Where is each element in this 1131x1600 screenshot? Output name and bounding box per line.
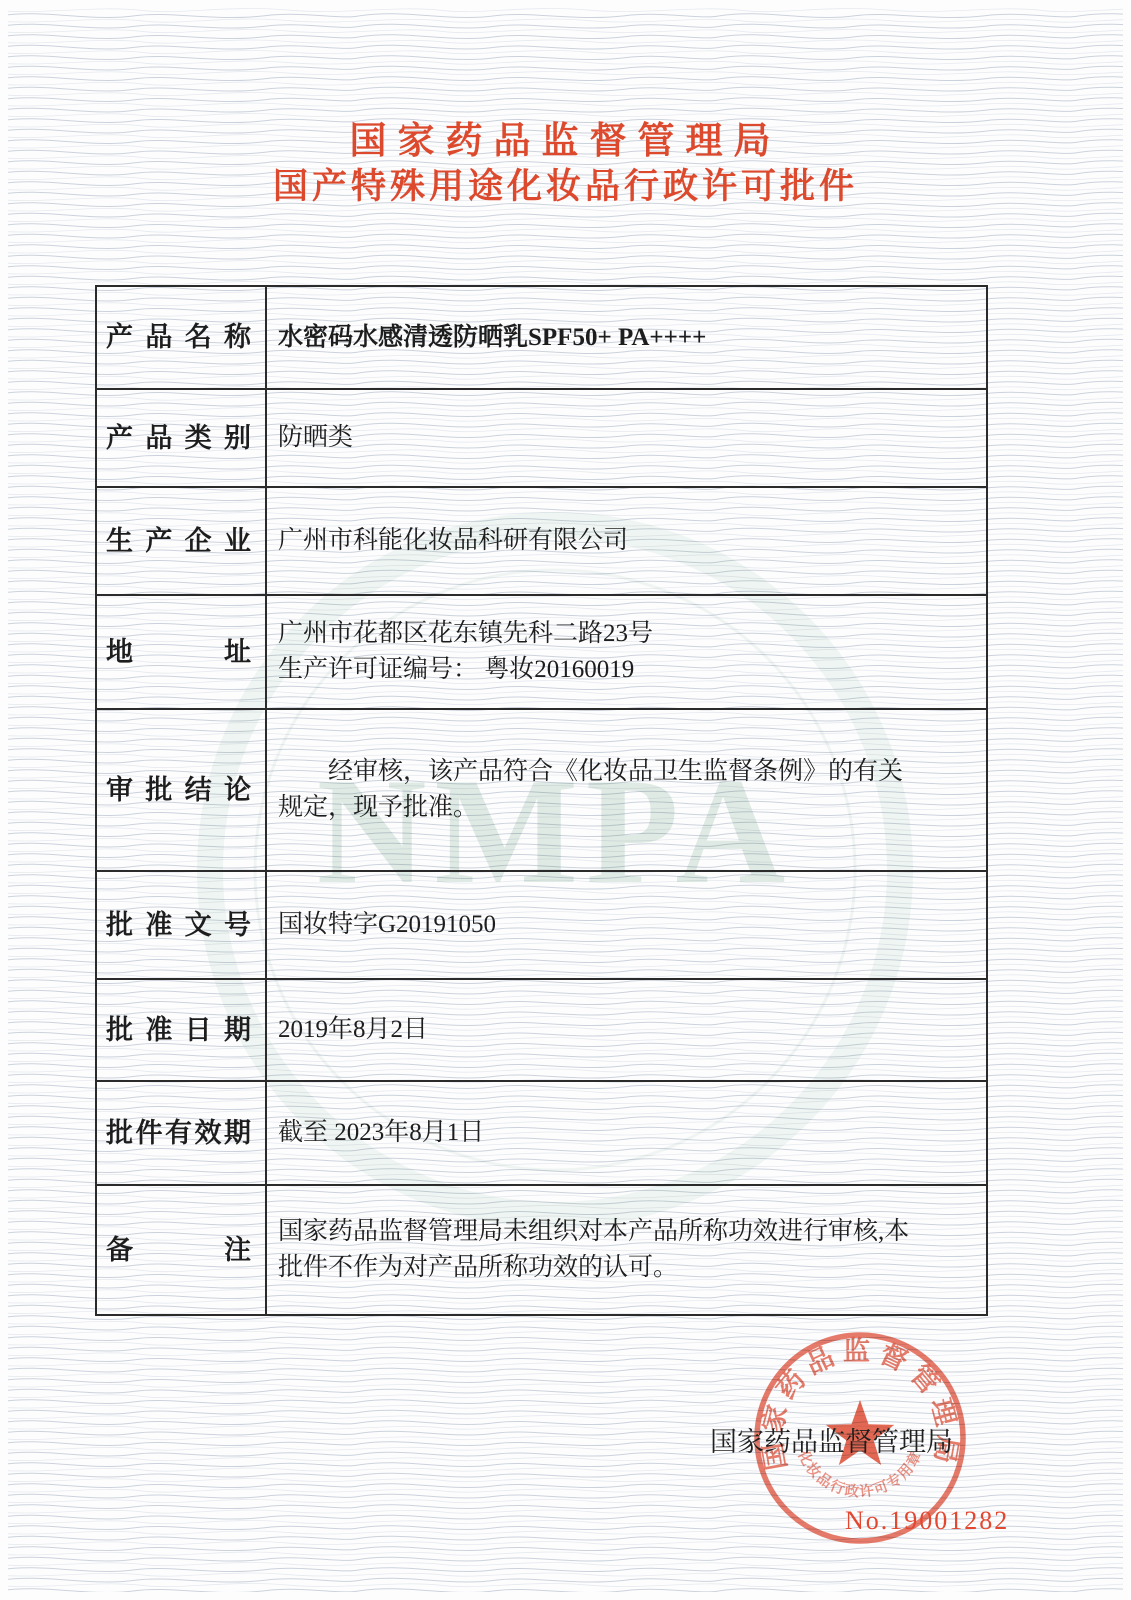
row-label: 审批结论	[97, 777, 265, 804]
table-row-approval-date: 批准日期 2019年8月2日	[97, 980, 986, 1082]
label-approval-date: 批准日期	[97, 980, 267, 1080]
address-line2: 生产许可证编号： 粤妆20160019	[278, 652, 978, 688]
row-label: 产品名称	[97, 324, 265, 351]
value-approval-date: 2019年8月2日	[267, 980, 986, 1080]
product-name-text: 水密码水感清透防晒乳SPF50+ PA++++	[278, 320, 978, 356]
value-approval-number: 国妆特字G20191050	[267, 872, 986, 978]
validity-text: 截至 2023年8月1日	[278, 1115, 978, 1151]
table-row-approval-number: 批准文号 国妆特字G20191050	[97, 872, 986, 980]
certificate-table: 产品名称 水密码水感清透防晒乳SPF50+ PA++++ 产品类别 防晒类 生产…	[95, 285, 988, 1316]
certificate-page: NMPA 国家药品监督管理局 国产特殊用途化妆品行政许可批件 产品名称 水密码水…	[0, 0, 1131, 1600]
value-product-name: 水密码水感清透防晒乳SPF50+ PA++++	[267, 287, 986, 388]
value-product-category: 防晒类	[267, 390, 986, 486]
table-row-validity: 批件有效期 截至 2023年8月1日	[97, 1082, 986, 1186]
value-manufacturer: 广州市科能化妆品科研有限公司	[267, 488, 986, 594]
row-label: 地址	[97, 639, 265, 666]
certificate-title: 国产特殊用途化妆品行政许可批件	[0, 159, 1131, 209]
agency-title: 国家药品监督管理局	[0, 110, 1131, 164]
remarks-line2: 批件不作为对产品所称功效的认可。	[278, 1250, 978, 1286]
label-validity: 批件有效期	[97, 1082, 267, 1184]
label-product-name: 产品名称	[97, 287, 267, 388]
row-label: 批件有效期	[97, 1120, 265, 1147]
table-row-address: 地址 广州市花都区花东镇先科二路23号 生产许可证编号： 粤妆20160019	[97, 596, 986, 710]
label-address: 地址	[97, 596, 267, 708]
label-approval-number: 批准文号	[97, 872, 267, 978]
value-validity: 截至 2023年8月1日	[267, 1082, 986, 1184]
label-approval-conclusion: 审批结论	[97, 710, 267, 870]
row-label: 批准文号	[97, 912, 265, 939]
approval-number-text: 国妆特字G20191050	[278, 907, 978, 943]
table-row-remarks: 备注 国家药品监督管理局未组织对本产品所称功效进行审核,本 批件不作为对产品所称…	[97, 1186, 986, 1314]
conclusion-line2: 规定，现予批准。	[278, 790, 978, 826]
address-line1: 广州市花都区花东镇先科二路23号	[278, 616, 978, 652]
label-product-category: 产品类别	[97, 390, 267, 486]
value-approval-conclusion: 经审核，该产品符合《化妆品卫生监督条例》的有关 规定，现予批准。	[267, 710, 986, 870]
row-label: 批准日期	[97, 1017, 265, 1044]
serial-number: No.19001282	[845, 1506, 1009, 1536]
product-category-text: 防晒类	[278, 420, 978, 456]
row-label: 产品类别	[97, 425, 265, 452]
label-remarks: 备注	[97, 1186, 267, 1314]
value-address: 广州市花都区花东镇先科二路23号 生产许可证编号： 粤妆20160019	[267, 596, 986, 708]
conclusion-line1: 经审核，该产品符合《化妆品卫生监督条例》的有关	[278, 754, 978, 790]
manufacturer-text: 广州市科能化妆品科研有限公司	[278, 523, 978, 559]
value-remarks: 国家药品监督管理局未组织对本产品所称功效进行审核,本 批件不作为对产品所称功效的…	[267, 1186, 986, 1314]
approval-date-text: 2019年8月2日	[278, 1012, 978, 1048]
issuing-authority: 国家药品监督管理局	[710, 1420, 953, 1459]
label-manufacturer: 生产企业	[97, 488, 267, 594]
table-row-product-name: 产品名称 水密码水感清透防晒乳SPF50+ PA++++	[97, 287, 986, 390]
table-row-manufacturer: 生产企业 广州市科能化妆品科研有限公司	[97, 488, 986, 596]
row-label: 备注	[97, 1237, 265, 1264]
remarks-line1: 国家药品监督管理局未组织对本产品所称功效进行审核,本	[278, 1214, 978, 1250]
table-row-approval-conclusion: 审批结论 经审核，该产品符合《化妆品卫生监督条例》的有关 规定，现予批准。	[97, 710, 986, 872]
table-row-product-category: 产品类别 防晒类	[97, 390, 986, 488]
row-label: 生产企业	[97, 528, 265, 555]
